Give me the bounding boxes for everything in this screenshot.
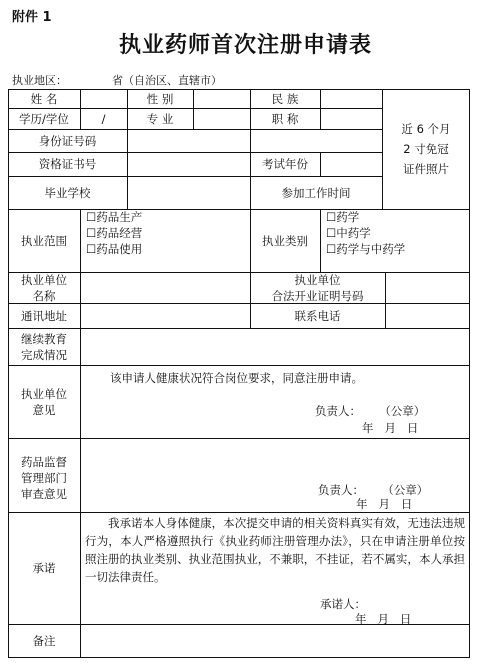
remark-field[interactable] <box>80 624 470 658</box>
pledge-text: 我承诺本人身体健康，本次提交申请的相关资料真实有效，无违法违规行为，本人严格遵照… <box>85 514 465 586</box>
attachment-label: 附件 1 <box>12 6 52 25</box>
pledge-field: 我承诺本人身体健康，本次提交申请的相关资料真实有效，无违法违规行为，本人严格遵照… <box>80 512 470 624</box>
work-start-field[interactable] <box>382 176 470 209</box>
category-checkbox-tcm[interactable]: ☐中药学 <box>326 225 371 241</box>
title-field[interactable] <box>320 108 382 129</box>
unit-license-label: 执业单位 合法开业证明号码 <box>250 272 385 303</box>
unit-signature: 负责人： （公章） <box>315 403 425 419</box>
category-checkbox-both[interactable]: ☐药学与中药学 <box>326 241 405 257</box>
exam-year-field[interactable] <box>320 152 382 176</box>
fda-label: 药品监督 管理部门 审查意见 <box>8 438 80 512</box>
cert-label: 资格证书号 <box>8 152 127 176</box>
unit-opinion-field[interactable]: 该申请人健康状况符合岗位要求，同意注册申请。 负责人： （公章） 年 月 日 <box>80 365 470 438</box>
edu-field[interactable] <box>80 328 470 365</box>
unit-date: 年 月 日 <box>362 420 418 436</box>
scope-label: 执业范围 <box>8 209 80 272</box>
photo-note-line: 近 6 个月 <box>401 119 450 139</box>
unit-opinion-label: 执业单位 意见 <box>8 365 80 438</box>
education-label: 学历/学位 <box>8 108 80 129</box>
scope-checkbox-production[interactable]: ☐药品生产 <box>86 209 142 225</box>
school-field[interactable] <box>127 176 250 209</box>
ethnicity-label: 民 族 <box>250 89 320 108</box>
ethnicity-field[interactable] <box>320 89 382 108</box>
unit-name-label: 执业单位 名称 <box>8 272 80 303</box>
address-label: 通讯地址 <box>8 303 80 328</box>
unit-opinion-text: 该申请人健康状况符合岗位要求，同意注册申请。 <box>110 370 363 386</box>
cert-field[interactable] <box>127 152 250 176</box>
id-field[interactable] <box>127 129 382 152</box>
title-label: 职 称 <box>250 108 320 129</box>
pledge-label: 承诺 <box>8 512 80 624</box>
region-suffix: 省（自治区、直辖市） <box>112 72 222 88</box>
education-field[interactable]: / <box>80 108 127 129</box>
fda-date: 年 月 日 <box>356 496 412 512</box>
exam-year-label: 考试年份 <box>250 152 320 176</box>
scope-checkbox-distribution[interactable]: ☐药品经营 <box>86 225 142 241</box>
gender-field[interactable] <box>193 89 250 108</box>
unit-name-field[interactable] <box>80 272 250 303</box>
address-field[interactable] <box>80 303 250 328</box>
work-start-label: 参加工作时间 <box>250 176 382 209</box>
region-line: 执业地区： 省（自治区、直辖市） <box>12 72 67 88</box>
gender-label: 性 别 <box>127 89 193 108</box>
category-checkbox-pharmacy[interactable]: ☐药学 <box>326 209 359 225</box>
phone-field[interactable] <box>385 303 470 328</box>
major-field[interactable] <box>193 108 250 129</box>
major-label: 专 业 <box>127 108 193 129</box>
scope-checkbox-use[interactable]: ☐药品使用 <box>86 241 142 257</box>
remark-label: 备注 <box>8 624 80 658</box>
unit-license-field[interactable] <box>385 272 470 303</box>
name-field[interactable] <box>80 89 127 108</box>
pledge-signature[interactable]: 承诺人： <box>320 596 366 612</box>
school-label: 毕业学校 <box>8 176 127 209</box>
edu-label: 继续教育 完成情况 <box>8 328 80 365</box>
scope-options: ☐药品生产 ☐药品经营 ☐药品使用 <box>80 209 250 272</box>
category-label: 执业类别 <box>250 209 320 272</box>
phone-label: 联系电话 <box>250 303 385 328</box>
name-label: 姓 名 <box>8 89 80 108</box>
fda-opinion-field[interactable]: 负责人： （公章） 年 月 日 <box>80 438 470 512</box>
category-options: ☐药学 ☐中药学 ☐药学与中药学 <box>320 209 470 272</box>
id-label: 身份证号码 <box>8 129 127 152</box>
region-label: 执业地区： <box>12 74 67 87</box>
photo-note-line: 2 寸免冠 <box>403 139 448 159</box>
page-title: 执业药师首次注册申请表 <box>0 28 491 59</box>
